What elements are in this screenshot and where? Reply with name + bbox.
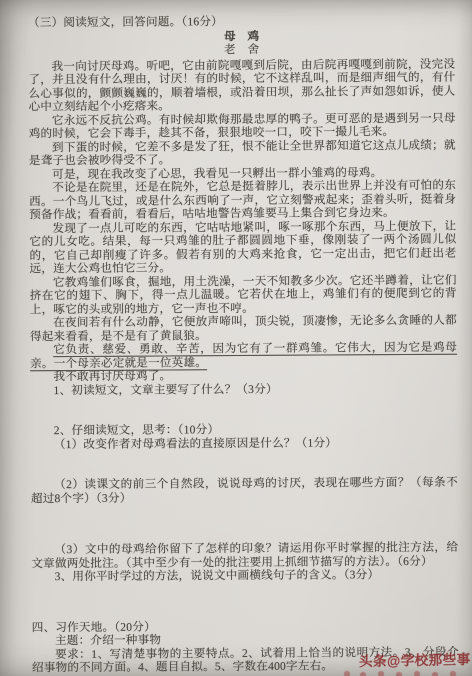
section-header: （三）阅读短文，回答问题。（16分） [28, 14, 455, 30]
exam-paper-photo: （三）阅读短文，回答问题。（16分） 母 鸡 老 舍 我一向讨厌母鸡。听吧，它由… [0, 0, 472, 676]
essay-author: 老 舍 [28, 42, 455, 58]
question-3: 3、用你平时学过的方法，说说文中画横线句子的含义。（3分） [31, 568, 458, 584]
question-2-1: （1）改变作者对母鸡看法的直接原因是什么？（1分） [31, 435, 458, 451]
essay-paragraph-6: 发现了一点儿可吃的东西，它咕咕地紧叫，啄一啄那个东西，马上便放下，让它的儿女吃。… [29, 219, 456, 276]
question-2-3: （3）文中的母鸡给你留下了怎样的印象？请运用你平时掌握的批注方法，给文章做两处批… [31, 541, 458, 571]
toutiao-watermark: 头条@学校那些事 [359, 648, 471, 670]
essay-underlined-sentence: 它负责、慈爱、勇敢、辛苦，因为它有了一群鸡雏。它伟大，因为它是鸡母亲。一个母亲必… [30, 341, 457, 371]
exam-content: （三）阅读短文，回答问题。（16分） 母 鸡 老 舍 我一向讨厌母鸡。听吧，它由… [28, 14, 459, 675]
partial-watermark [339, 670, 464, 676]
essay-paragraph-1: 我一向讨厌母鸡。听吧，它由前院嘎嘎到后院，由后院再嘎嘎到前院，没完没了，并且没有… [28, 57, 455, 114]
essay-paragraph-5: 不论是在院里，还是在院外，它总是挺着脖儿，表示出世界上并没有可怕的东西。一个鸟儿… [29, 179, 456, 222]
essay-paragraph-2: 它永远不反抗公鸡。有时候却欺侮那最忠厚的鸭子。更可恶的是遇到另一只母鸡的时候，它… [29, 111, 456, 141]
question-1: 1、初读短文，文章主要写了什么？（3分） [30, 381, 457, 397]
question-2-2: （2）读课文的前三个自然段，说说母鸡的讨厌，表现在哪些方面？（每条不超过8个字）… [31, 476, 458, 506]
essay-paragraph-8: 在夜间若有什么动静，它便放声啼叫，顶尖锐，顶凄惨，无论多么贪睡的人都得起来看看，… [30, 314, 457, 344]
essay-paragraph-7: 它教鸡雏们啄食，掘地，用土洗澡，一天不知教多少次。它还半蹲着，让它们挤在它的翅下… [30, 273, 457, 316]
essay-paragraph-3: 到下蛋的时候，它差不多是发了狂，恨不能让全世界都知道它这点儿成绩；就是聋子也会被… [29, 138, 456, 168]
